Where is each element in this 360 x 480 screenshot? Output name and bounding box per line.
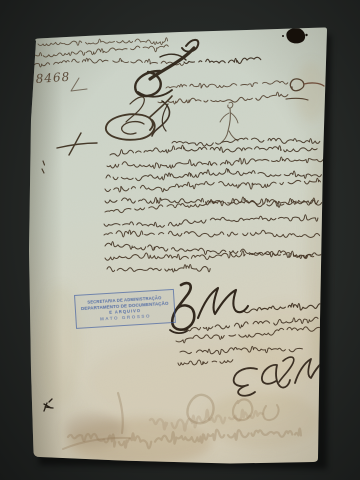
archive-stamp: SECRETARIA DE ADMINISTRAÇÃO DEPARTAMENTO…: [74, 289, 176, 329]
photo-scene: 8468: [0, 0, 360, 480]
folio-number: 8468: [35, 70, 70, 86]
archive-stamp-text: SECRETARIA DE ADMINISTRAÇÃO DEPARTAMENTO…: [75, 290, 175, 328]
stamp-line-4: MATO GROSSO: [100, 313, 151, 321]
manuscript-photo: 8468: [0, 0, 360, 480]
